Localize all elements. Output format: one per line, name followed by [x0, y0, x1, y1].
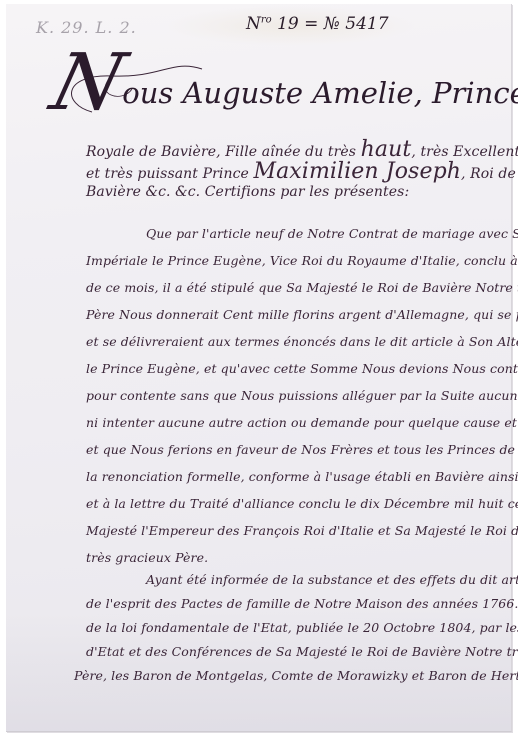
text-line-9: le Prince Eugène, et qu'avec cette Somme…	[86, 361, 518, 376]
number-value: 19 = № 5417	[277, 14, 388, 34]
text-line-6: de ce mois, il a été stipulé que Sa Maje…	[86, 280, 518, 295]
number-sup: ro	[261, 14, 272, 25]
text-line-19: de la loi fondamentale de l'Etat, publié…	[86, 620, 518, 635]
text-line-11: ni intenter aucune autre action ou deman…	[86, 415, 518, 430]
text-line-4: Que par l'article neuf de Notre Contrat …	[146, 226, 518, 241]
manuscript-page: K. 29. L. 2. Nro 19 = № 5417 Nous August…	[6, 4, 512, 732]
text-line-16: très gracieux Père.	[86, 550, 208, 565]
text-line-21: Père, les Baron de Montgelas, Comte de M…	[74, 668, 518, 683]
text-line-20: d'Etat et des Conférences de Sa Majesté …	[86, 644, 518, 659]
text-line-13: la renonciation formelle, conforme à l'u…	[86, 469, 518, 484]
number-prefix: N	[246, 14, 261, 34]
text-line-5: Impériale le Prince Eugène, Vice Roi du …	[86, 253, 518, 268]
document-number: Nro 19 = № 5417	[246, 14, 389, 34]
text-line-3: Bavière &c. &c. Certifions par les prése…	[86, 184, 409, 200]
title-text: ous Auguste Amelie, Princesse	[122, 76, 518, 110]
text-line-15: Majesté l'Empereur des François Roi d'It…	[86, 523, 518, 538]
title-initial: N	[44, 44, 132, 122]
text-line-2: et très puissant Prince Maximilien Josep…	[86, 159, 516, 184]
text-line-7: Père Nous donnerait Cent mille florins a…	[86, 307, 518, 322]
text-line-18: de l'esprit des Pactes de famille de Not…	[86, 596, 518, 611]
archive-mark: K. 29. L. 2.	[36, 18, 137, 37]
text-line-8: et se délivreraient aux termes énoncés d…	[86, 334, 518, 349]
text-line-10: pour contente sans que Nous puissions al…	[86, 388, 518, 403]
text-line-17: Ayant été informée de la substance et de…	[146, 572, 518, 587]
text-line-14: et à la lettre du Traité d'alliance conc…	[86, 496, 518, 511]
text-line-12: et que Nous ferions en faveur de Nos Frè…	[86, 442, 518, 457]
document-title: Nous Auguste Amelie, Princesse	[54, 44, 518, 122]
